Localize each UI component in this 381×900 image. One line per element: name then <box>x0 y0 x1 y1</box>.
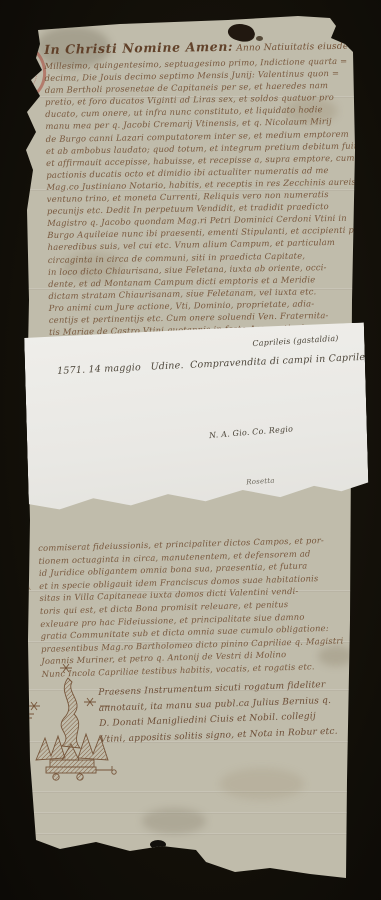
edge-hole <box>150 840 166 849</box>
upper-lines: Millesimo, quingentesimo, septuagesimo p… <box>44 55 357 338</box>
notarial-sign-icon <box>22 664 122 782</box>
slip-corner-note: Caprileis (gastaldia) <box>252 334 339 348</box>
opening-rest-text: Anno Natiuitatis eiusdem <box>236 42 357 54</box>
deed-text-lower-block: commiserat fideiussionis, et principalit… <box>38 533 354 680</box>
fold-line <box>26 791 356 793</box>
lower-lines: commiserat fideiussionis, et principalit… <box>38 533 354 680</box>
deed-text-upper-block: In Christi Nomine Amen: Anno Natiuitatis… <box>44 37 357 338</box>
stain <box>220 768 304 800</box>
slip-faint-note: Rosetta <box>246 477 275 487</box>
closing-lines: Praesens Instrumentum sicuti rogatum fid… <box>98 677 352 748</box>
margin-mark: ~ <box>21 581 35 594</box>
slip-notary-note: N. A. Gio. Co. Regio <box>209 424 294 440</box>
notary-subscription: Praesens Instrumentum sicuti rogatum fid… <box>98 677 352 748</box>
stain <box>142 808 206 834</box>
photograph-of-manuscript: In Christi Nomine Amen: Anno Natiuitatis… <box>0 0 381 900</box>
slip-title-line: 1571. 14 maggio Udine. Compravendita di … <box>57 351 374 376</box>
invocation-text: In Christi Nomine Amen: <box>44 39 233 57</box>
fold-line <box>26 833 356 835</box>
